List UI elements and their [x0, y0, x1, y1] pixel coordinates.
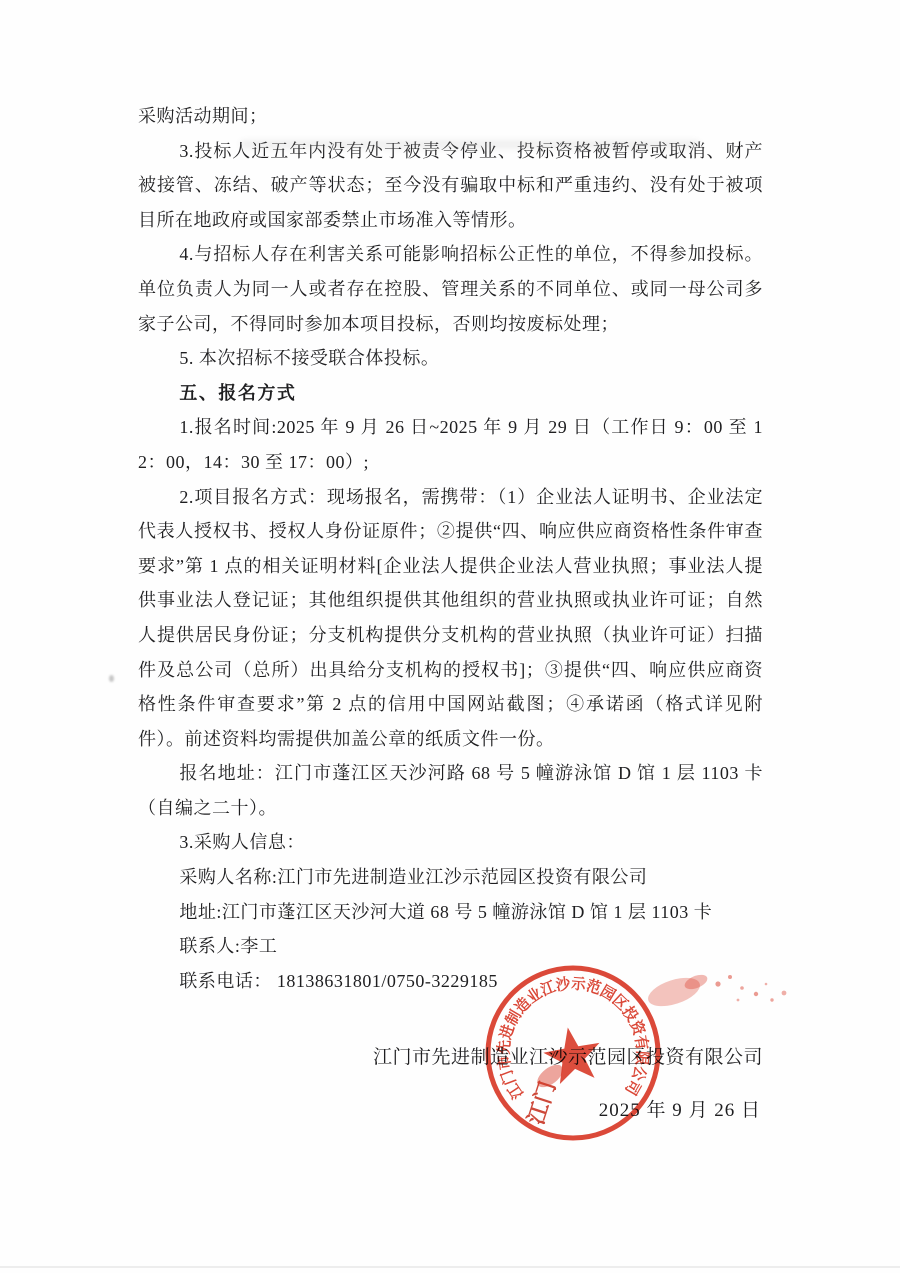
- paragraph-registration-address: 报名地址：江门市蓬江区天沙河路 68 号 5 幢游泳馆 D 馆 1 层 1103…: [138, 756, 763, 825]
- paragraph-contact-phone: 联系电话： 18138631801/0750-3229185: [138, 964, 763, 999]
- section-heading-registration-method: 五、报名方式: [138, 376, 763, 411]
- signature-company-name: 江门市先进制造业江沙示范园区投资有限公司: [138, 1040, 763, 1075]
- paragraph-contact-person: 联系人:李工: [138, 929, 763, 964]
- paragraph-purchaser-name: 采购人名称:江门市先进制造业江沙示范园区投资有限公司: [138, 860, 763, 895]
- paragraph-purchaser-info-heading: 3.采购人信息：: [138, 825, 763, 860]
- signature-block: 江门市先进制造业江沙示范园区投资有限公司 2025 年 9 月 26 日: [138, 1040, 763, 1128]
- paragraph-continuation: 采购活动期间；: [138, 99, 763, 134]
- scan-edge-artifact: [0, 1266, 900, 1268]
- signature-date: 2025 年 9 月 26 日: [138, 1093, 763, 1128]
- paragraph-purchaser-address: 地址:江门市蓬江区天沙河大道 68 号 5 幢游泳馆 D 馆 1 层 1103 …: [138, 895, 763, 930]
- paragraph-item-5-no-consortium: 5. 本次招标不接受联合体投标。: [138, 341, 763, 376]
- scan-speck-artifact: [109, 675, 114, 682]
- paragraph-item-4-conflict-of-interest: 4.与招标人存在利害关系可能影响招标公正性的单位，不得参加投标。单位负责人为同一…: [138, 237, 763, 341]
- document-body: 采购活动期间； 3.投标人近五年内没有处于被责令停业、投标资格被暂停或取消、财产…: [138, 99, 763, 998]
- document-page: 采购活动期间； 3.投标人近五年内没有处于被责令停业、投标资格被暂停或取消、财产…: [0, 0, 900, 1273]
- paragraph-registration-procedure: 2.项目报名方式：现场报名，需携带：（1）企业法人证明书、企业法定代表人授权书、…: [138, 480, 763, 757]
- paragraph-registration-time: 1.报名时间:2025 年 9 月 26 日~2025 年 9 月 29 日（工…: [138, 410, 763, 479]
- paragraph-item-3-bidder-status: 3.投标人近五年内没有处于被责令停业、投标资格被暂停或取消、财产被接管、冻结、破…: [138, 134, 763, 238]
